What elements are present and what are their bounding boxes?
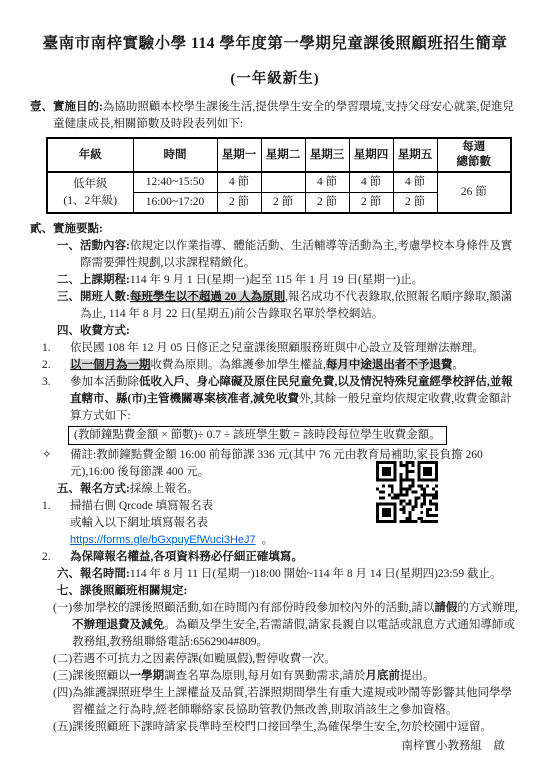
- cell-mon: 4 節: [217, 172, 261, 193]
- rule-4: (四) 為維護課照班學生上課權益及品質,若課照期間學生有重大違規或吵鬧等影響其他…: [53, 685, 520, 719]
- registration-step-2-number: 2.: [42, 549, 70, 566]
- document-page: 臺南市南梓實驗小學 114 學年度第一學期兒童課後照顧班招生簡章 (一年級新生)…: [0, 0, 550, 778]
- registration-step-1: 1. 掃描右側 Qrcode 填寫報名表 或輸入以下網址填寫報名表 https:…: [42, 498, 520, 549]
- col-wednesday: 星期三: [305, 138, 349, 172]
- cell-time: 16:00~17:20: [133, 193, 217, 214]
- schedule-table: 年級 時間 星期一 星期二 星期三 星期四 星期五 每週 總節數 低年級 (1、…: [46, 137, 512, 214]
- rule-5: (五) 課後照顧班下課時請家長準時至校門口接回學生,為確保學生安全,勿於校園中逗…: [53, 719, 520, 736]
- section-key-points: 貳、 實施要點:: [30, 221, 520, 238]
- rule-1-bold2: 不辦理退費及減免: [72, 619, 164, 631]
- fees-item-3-number: 3.: [42, 374, 70, 391]
- fees-item-2-number: 2.: [42, 357, 70, 374]
- item-registration-time: 六、 報名時間:114 年 8 月 11 日(星期一)18:00 開始~114 …: [57, 566, 520, 583]
- item-registration-label: 五、: [57, 481, 80, 498]
- registration-link-line: https://forms.gle/bGxpuyEfWuci3HeJ7。: [70, 532, 520, 549]
- cell-time: 12:40~15:50: [133, 172, 217, 193]
- fees-note: ✧ 備註:教師鐘點費金額 16:00 前每節課 336 元(其中 76 元由教育…: [42, 447, 520, 481]
- col-time: 時間: [133, 138, 217, 172]
- item-rules-heading: 課後照顧班相關規定:: [80, 585, 187, 597]
- footer-signature: 南梓實小教務組 啟: [30, 738, 520, 755]
- section-purpose-body: 實施目的:為協助照顧本校學生課後生活,提供學生安全的學習環境,支持父母安心就業,…: [53, 99, 520, 133]
- fees-item-1-text: 依民國 108 年 12 月 05 日修正之兒童課後照顧服務班與中心設立及管理辦…: [70, 340, 520, 357]
- col-tuesday: 星期二: [261, 138, 305, 172]
- cell-mon: 2 節: [217, 193, 261, 214]
- col-grade: 年級: [47, 138, 133, 172]
- item-rules-label: 七、: [57, 583, 80, 600]
- rule-3-text2: 調查名單為原則,每月如有異動需求,請於: [164, 670, 365, 682]
- item-course-period-text: 114 年 9 月 1 日(星期一)起至 115 年 1 月 19 日(星期一)…: [130, 274, 423, 286]
- rule-1-number: (一): [53, 600, 72, 617]
- col-weekly-total-line1: 每週: [438, 140, 511, 155]
- rule-5-number: (五): [53, 719, 72, 736]
- col-weekly-total: 每週 總節數: [437, 138, 511, 172]
- diamond-bullet-icon: ✧: [42, 447, 70, 464]
- rule-1: (一) 參加學校的課後照顧活動,如在時間內有部份時段參加校內外的活動,請以請假的…: [53, 600, 520, 651]
- rule-1-text2: 的方式辦理,: [457, 602, 517, 614]
- item-activity-heading: 活動內容:: [80, 240, 130, 252]
- rule-1-bold1: 請假: [434, 602, 457, 614]
- grade-line2: (1、2年級): [48, 193, 133, 210]
- fees-item-1: 1. 依民國 108 年 12 月 05 日修正之兒童課後照顧服務班與中心設立及…: [42, 340, 520, 357]
- item-registration-text: 採線上報名。: [130, 483, 199, 495]
- table-header-row: 年級 時間 星期一 星期二 星期三 星期四 星期五 每週 總節數: [47, 138, 511, 172]
- table-row: 低年級 (1、2年級) 12:40~15:50 4 節 4 節 4 節 4 節 …: [47, 172, 511, 193]
- rule-2-number: (二): [53, 651, 72, 668]
- section-purpose: 壹、 實施目的:為協助照顧本校學生課後生活,提供學生安全的學習環境,支持父母安心…: [30, 99, 520, 133]
- item-class-size: 三、 開班人數:每班學生以不超過 20 人為原則,報名成功不代表錄取,依照報名順…: [57, 289, 520, 323]
- page-subtitle: (一年級新生): [30, 69, 520, 89]
- cell-tue: [261, 172, 305, 193]
- item-registration-time-text: 114 年 8 月 11 日(星期一)18:00 開始~114 年 8 月 14…: [130, 568, 502, 580]
- item-fees-heading: 收費方式:: [80, 325, 130, 337]
- rule-5-text: 課後照顧班下課時請家長準時至校門口接回學生,為確保學生安全,勿於校園中逗留。: [72, 719, 520, 736]
- fees-item-2-text1: 收費為原則。為維護參加學生權益,: [151, 359, 326, 371]
- cell-tue: 2 節: [261, 193, 305, 214]
- item-course-period-heading: 上課期程:: [80, 274, 130, 286]
- rule-2-text: 若遇不可抗力之因素停課(如颱風假),暫停收費一次。: [72, 651, 520, 668]
- fees-note-text: 備註:教師鐘點費金額 16:00 前每節課 336 元(其中 76 元由教育局補…: [70, 447, 520, 481]
- item-class-size-highlight: 每班學生以不超過 20 人為原則: [130, 291, 285, 303]
- cell-fri: 2 節: [393, 193, 437, 214]
- item-registration: 五、 報名方式:採線上報名。: [57, 481, 520, 498]
- rule-3-number: (三): [53, 668, 72, 685]
- item-registration-heading: 報名方式:: [80, 483, 130, 495]
- page-title: 臺南市南梓實驗小學 114 學年度第一學期兒童課後照顧班招生簡章: [30, 34, 520, 54]
- registration-step-1-line1: 掃描右側 Qrcode 填寫報名表: [70, 498, 520, 515]
- cell-grade: 低年級 (1、2年級): [47, 172, 133, 213]
- rule-2: (二) 若遇不可抗力之因素停課(如颱風假),暫停收費一次。: [53, 651, 520, 668]
- registration-step-2: 2. 為保障報名權益,各項資料務必仔細正確填寫。: [42, 549, 520, 566]
- qr-code: [376, 461, 438, 523]
- rule-3-text3: 提出。: [400, 670, 435, 682]
- rule-3-bold1: 一學期: [130, 670, 165, 682]
- fees-item-2-text2: 。: [452, 359, 464, 371]
- cell-thu: 4 節: [349, 172, 393, 193]
- fees-item-2: 2. 以一個月為一期收費為原則。為維護參加學生權益,每月中途退出者不予退費。: [42, 357, 520, 374]
- item-activity: 一、 活動內容:依規定以作業指導、體能活動、生活輔導等活動為主,考慮學校本身條件…: [57, 238, 520, 272]
- item-course-period-label: 二、: [57, 272, 80, 289]
- section-purpose-label: 壹、: [30, 99, 53, 116]
- section-key-points-label: 貳、: [30, 221, 53, 238]
- item-rules: 七、 課後照顧班相關規定:: [57, 583, 520, 600]
- rule-4-number: (四): [53, 685, 72, 702]
- rule-3: (三) 課後照顧以一學期調查名單為原則,每月如有異動需求,請於月底前提出。: [53, 668, 520, 685]
- cell-wed: 2 節: [305, 193, 349, 214]
- item-registration-time-label: 六、: [57, 566, 80, 583]
- fees-item-3: 3. 參加本活動除低收入戶、身心障礙及原住民兒童免費,以及情況特殊兒童經學校評估…: [42, 374, 520, 425]
- cell-weekly-total: 26 節: [437, 172, 511, 213]
- section-purpose-text: 為協助照顧本校學生課後生活,提供學生安全的學習環境,支持父母安心就業,促進兒童健…: [53, 101, 514, 130]
- registration-step-1-number: 1.: [42, 498, 70, 515]
- grade-line1: 低年級: [48, 176, 133, 193]
- registration-step-1-line2: 或輸入以下網址填寫報名表: [70, 515, 520, 532]
- fees-item-1-number: 1.: [42, 340, 70, 357]
- registration-form-link[interactable]: https://forms.gle/bGxpuyEfWuci3HeJ7: [70, 534, 256, 546]
- registration-step-2-text: 為保障報名權益,各項資料務必仔細正確填寫。: [70, 549, 520, 566]
- rule-1-text1: 參加學校的課後照顧活動,如在時間內有部份時段參加校內外的活動,請以: [72, 602, 434, 614]
- item-fees: 四、 收費方式:: [57, 323, 520, 340]
- fee-formula-box: (教師鐘點費金額 × 節數)÷ 0.7 ÷ 該班學生數 = 該時段每位學生收費金…: [68, 426, 447, 445]
- col-weekly-total-line2: 總節數: [438, 155, 511, 170]
- registration-link-suffix: 。: [262, 534, 274, 546]
- item-class-size-label: 三、: [57, 289, 80, 306]
- cell-wed: 4 節: [305, 172, 349, 193]
- item-class-size-heading: 開班人數:: [80, 291, 130, 303]
- col-monday: 星期一: [217, 138, 261, 172]
- section-purpose-heading: 實施目的:: [53, 101, 103, 113]
- item-fees-label: 四、: [57, 323, 80, 340]
- qr-code-graphic: [376, 461, 438, 523]
- cell-fri: 4 節: [393, 172, 437, 193]
- item-activity-text: 依規定以作業指導、體能活動、生活輔導等活動為主,考慮學校本身條件及實際需要彈性規…: [80, 240, 512, 269]
- item-registration-time-heading: 報名時間:: [80, 568, 130, 580]
- item-activity-label: 一、: [57, 238, 80, 255]
- col-thursday: 星期四: [349, 138, 393, 172]
- rule-4-text: 為維護課照班學生上課權益及品質,若課照期間學生有重大違規或吵鬧等影響其他同學學習…: [72, 685, 520, 719]
- fees-item-2-highlight1: 以一個月為一期: [70, 359, 151, 371]
- fee-formula-row: (教師鐘點費金額 × 節數)÷ 0.7 ÷ 該班學生數 = 該時段每位學生收費金…: [68, 426, 520, 445]
- fees-item-2-highlight2: 每月中途退出者不予退費: [326, 359, 453, 371]
- item-course-period: 二、 上課期程:114 年 9 月 1 日(星期一)起至 115 年 1 月 1…: [57, 272, 520, 289]
- rule-3-bold2: 月底前: [365, 670, 400, 682]
- fees-item-3-text1: 參加本活動除: [70, 376, 139, 388]
- rule-3-text1: 課後照顧以: [72, 670, 130, 682]
- col-friday: 星期五: [393, 138, 437, 172]
- section-key-points-heading: 實施要點:: [53, 223, 103, 235]
- cell-thu: 2 節: [349, 193, 393, 214]
